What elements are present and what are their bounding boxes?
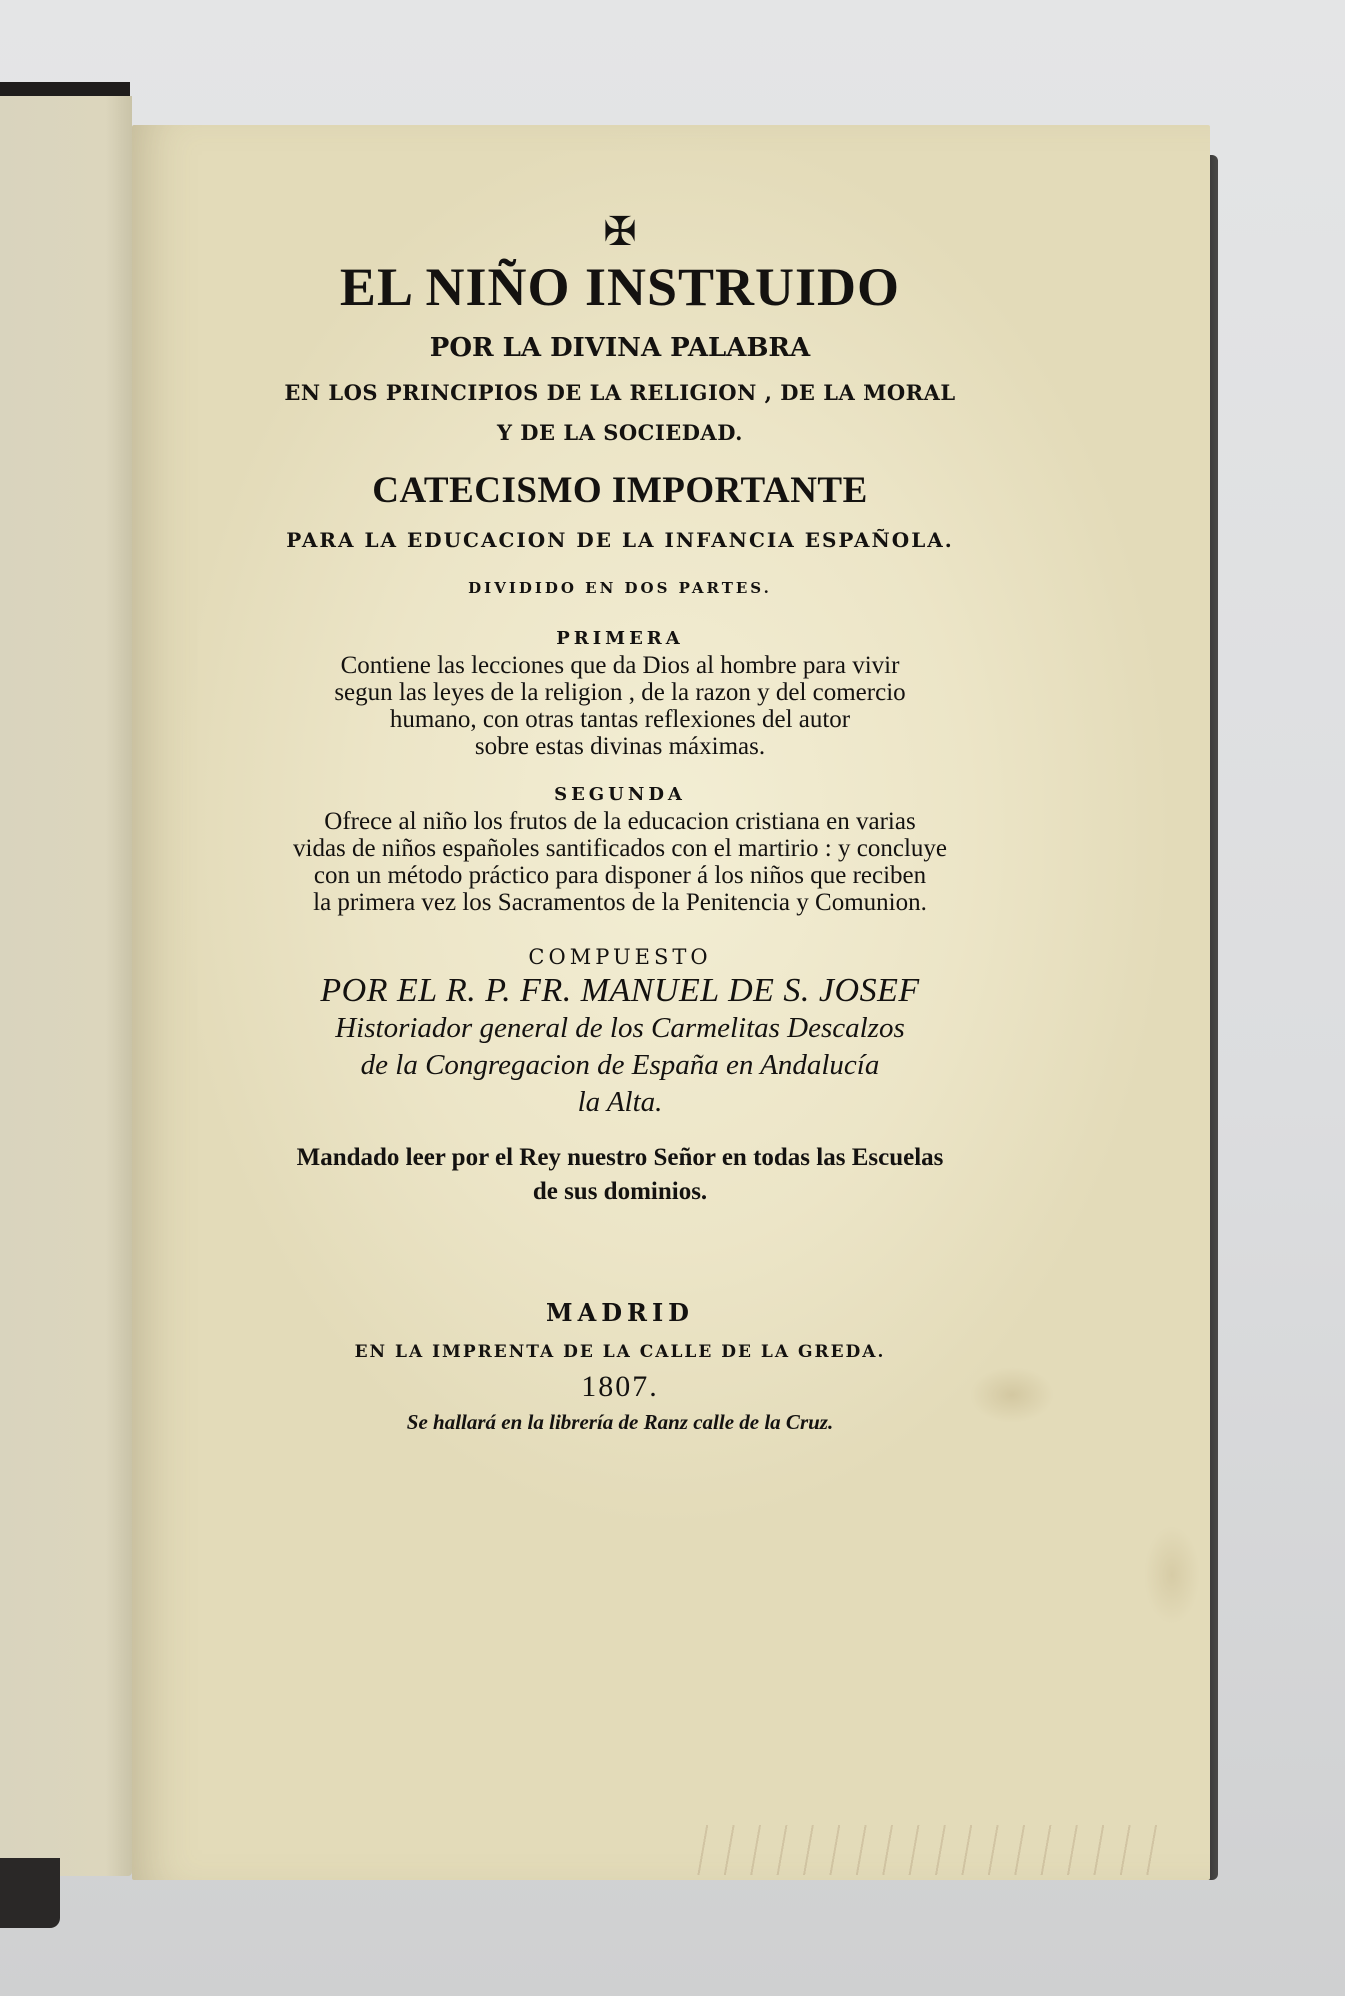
para-educacion-line: PARA LA EDUCACION DE LA INFANCIA ESPAÑOL… xyxy=(210,520,1030,560)
book-title: EL NIÑO INSTRUIDO xyxy=(210,256,1030,318)
author-desc-line: la Alta. xyxy=(210,1084,1030,1121)
part-heading: SEGUNDA xyxy=(210,782,1030,808)
catecismo-heading: CATECISMO IMPORTANTE xyxy=(210,468,1030,514)
part-text-line: sobre estas divinas máximas. xyxy=(210,733,1030,760)
imprint-city: MADRID xyxy=(210,1295,1030,1331)
left-page xyxy=(0,96,132,1876)
part-text-line: con un método práctico para disponer á l… xyxy=(210,862,1030,889)
compuesto-label: COMPUESTO xyxy=(210,942,1030,972)
subtitle-divina-palabra: POR LA DIVINA PALABRA xyxy=(210,326,1030,370)
part-text-line: Contiene las lecciones que da Dios al ho… xyxy=(210,652,1030,679)
part-primera: PRIMERA Contiene las lecciones que da Di… xyxy=(210,626,1030,760)
part-text-line: segun las leyes de la religion , de la r… xyxy=(210,679,1030,706)
part-text-line: humano, con otras tantas reflexiones del… xyxy=(210,706,1030,733)
imprint-printer: EN LA IMPRENTA DE LA CALLE DE LA GREDA. xyxy=(210,1335,1030,1369)
dividido-line: DIVIDIDO EN DOS PARTES. xyxy=(210,572,1030,604)
author-desc-line: Historiador general de los Carmelitas De… xyxy=(210,1010,1030,1047)
part-text-line: la primera vez los Sacramentos de la Pen… xyxy=(210,889,1030,916)
mandado-line: Mandado leer por el Rey nuestro Señor en… xyxy=(210,1141,1030,1175)
title-page-text: ✠ EL NIÑO INSTRUIDO POR LA DIVINA PALABR… xyxy=(210,210,1030,1439)
subtitle-principios: EN LOS PRINCIPIOS DE LA RELIGION , DE LA… xyxy=(210,376,1030,410)
part-text-line: Ofrece al niño los frutos de la educacio… xyxy=(210,808,1030,835)
page-stains xyxy=(692,1825,1172,1875)
author-desc-line: de la Congregacion de España en Andalucí… xyxy=(210,1047,1030,1084)
author-name: POR EL R. P. FR. MANUEL DE S. JOSEF xyxy=(210,972,1030,1010)
part-text-line: vidas de niños españoles santificados co… xyxy=(210,835,1030,862)
imprint-bookseller: Se hallará en la librería de Ranz calle … xyxy=(210,1405,1030,1439)
part-heading: PRIMERA xyxy=(210,626,1030,652)
cross-ornament-icon: ✠ xyxy=(210,210,1030,254)
subtitle-sociedad: Y DE LA SOCIEDAD. xyxy=(210,416,1030,450)
mandado-line: de sus dominios. xyxy=(210,1175,1030,1209)
part-segunda: SEGUNDA Ofrece al niño los frutos de la … xyxy=(210,782,1030,916)
imprint-year: 1807. xyxy=(210,1369,1030,1405)
left-cover-corner xyxy=(0,1858,60,1928)
